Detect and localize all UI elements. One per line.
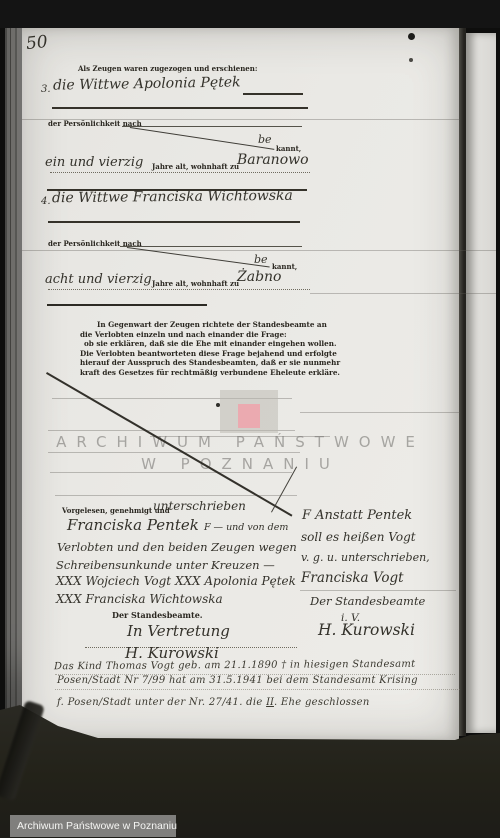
- scratch-line: [300, 412, 460, 413]
- identity-hw-2: be: [254, 253, 268, 266]
- deputy-note: In Vertretung: [127, 622, 230, 640]
- bride-signature: Franciska Pentek: [67, 516, 199, 534]
- margin-note-signature: Franciska Vogt: [301, 570, 404, 586]
- caption-text: Archiwum Państwowe w Poznaniu: [17, 820, 177, 832]
- book-binding-edge: [5, 28, 22, 728]
- next-page-edge: [466, 33, 496, 733]
- page-gutter: [459, 28, 466, 736]
- declaration-line: die Verlobten einzeln und nach einander …: [80, 330, 287, 339]
- witness-crosses-line: XXX Franciska Wichtowska: [56, 592, 223, 606]
- blank-line: [122, 126, 302, 127]
- entry3-name: die Wittwe Apolonia Pętek: [53, 74, 241, 93]
- age-hw-1: ein und vierzig: [45, 155, 143, 170]
- witness-crosses-line: XXX Wojciech Vogt XXX Apolonia Pętek: [56, 574, 296, 588]
- declaration-line: kraft des Gesetzes für rechtmäßig verbun…: [80, 368, 340, 377]
- margin-note-line: F Anstatt Pentek: [302, 508, 412, 523]
- annotation-line: Posen/Stadt Nr 7/99 hat am 31.5.1941 bei…: [57, 675, 418, 686]
- watermark-line1: ARCHIWUM PAŃSTWOWE: [22, 433, 459, 451]
- identity-hw-1: be: [258, 133, 272, 146]
- scratch-line: [22, 250, 496, 251]
- dotted-baseline: [48, 289, 310, 290]
- declaration-line: hierauf der Ausspruch des Standesbeamten…: [80, 358, 340, 367]
- page-number: 50: [25, 32, 49, 54]
- caption-bar: Archiwum Państwowe w Poznaniu: [10, 815, 176, 837]
- scratch-line: [48, 452, 300, 453]
- small-dot: [409, 58, 413, 62]
- blank-line: [120, 246, 302, 247]
- ruled-line: [47, 304, 207, 306]
- trailing-dash: [243, 93, 303, 95]
- punch-hole-dot: [408, 33, 415, 40]
- age-label-2: Jahre alt, wohnhaft zu: [152, 279, 239, 288]
- ruled-line: [52, 107, 308, 109]
- declaration-line: In Gegenwart der Zeugen richtete der Sta…: [97, 320, 327, 329]
- age-label-1: Jahre alt, wohnhaft zu: [152, 162, 239, 171]
- clerk-note-inline: F — und von dem: [204, 522, 288, 533]
- residence-2: Żabno: [237, 269, 281, 285]
- archival-scan: 50 Als Zeugen waren zugezogen und erschi…: [0, 0, 500, 838]
- age-hw-2: acht und vierzig: [45, 272, 152, 287]
- registrar-label: Der Standesbeamte.: [112, 610, 203, 620]
- witnesses-heading: Als Zeugen waren zugezogen und erschiene…: [78, 64, 257, 73]
- margin-note-line: v. g. u. unterschrieben,: [301, 551, 430, 564]
- entry3-prefix: 3.: [41, 84, 51, 95]
- annotation-underlined-II: II: [266, 697, 274, 708]
- declaration-line: Die Verlobten beantworteten diese Frage …: [80, 349, 337, 358]
- scratch-line: [300, 590, 456, 591]
- margin-registrar-label: Der Standesbeamte: [310, 594, 425, 608]
- annotation-part: f. Posen/Stadt unter der Nr. 27/41. die: [57, 697, 266, 708]
- declaration-line: ob sie erklären, daß sie die Ehe mit ein…: [84, 339, 336, 348]
- entry4-prefix: 4.: [41, 196, 51, 207]
- margin-registrar-signature: H. Kurowski: [318, 621, 415, 639]
- entry4-name: die Wittwe Franciska Wichtowska: [52, 188, 293, 207]
- annotation-part: . Ehe geschlossen: [274, 697, 370, 708]
- watermark-line2: W POZNANIU: [22, 455, 459, 473]
- margin-note-line: soll es heißen Vogt: [301, 530, 416, 544]
- annotation-line: f. Posen/Stadt unter der Nr. 27/41. die …: [57, 690, 370, 709]
- clerk-note-line: Schreibensunkunde unter Kreuzen —: [56, 558, 275, 572]
- scan-top-border: [0, 0, 500, 28]
- scratch-line: [310, 293, 496, 294]
- clerk-note-line: Verlobten und den beiden Zeugen wegen: [57, 540, 297, 554]
- residence-1: Baranowo: [237, 152, 309, 168]
- closing-hw-intro: unterschrieben: [153, 499, 246, 513]
- pink-archive-mark: [238, 404, 260, 428]
- dotted-baseline: [50, 172, 310, 173]
- ruled-line: [48, 221, 300, 223]
- signature-line-1: Franciska Pentek F — und von dem: [67, 515, 288, 534]
